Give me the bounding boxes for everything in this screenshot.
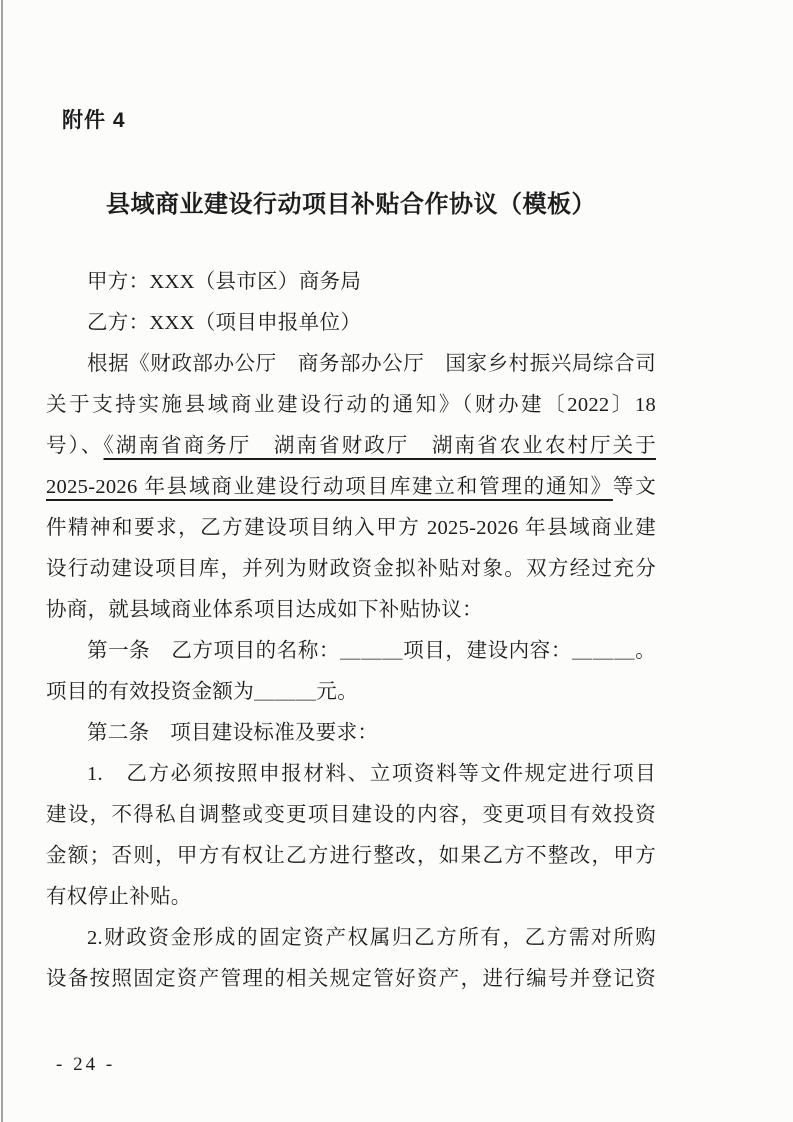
document-line: 建设，不得私自调整或变更项目建设的内容，变更项目有效投资 xyxy=(46,795,656,836)
text-segment: 件精神和要求，乙方建设项目纳入甲方 2025-2026 年县域商业建 xyxy=(46,517,656,539)
document-line: 乙方：XXX（项目申报单位） xyxy=(46,303,656,344)
attachment-label: 附件 4 xyxy=(62,104,126,134)
text-segment: 设行动建设项目库，并列为财政资金拟补贴对象。双方经过充分 xyxy=(46,558,656,580)
document-line: 项目的有效投资金额为＿＿＿元。 xyxy=(46,672,656,713)
document-line: 第一条 乙方项目的名称：＿＿＿项目，建设内容：＿＿＿。 xyxy=(46,631,656,672)
text-segment: 1. 乙方必须按照申报材料、立项资料等文件规定进行项目 xyxy=(87,763,656,785)
document-title: 县域商业建设行动项目补贴合作协议（模板） xyxy=(46,184,656,219)
page-number: - 24 - xyxy=(56,1054,115,1076)
text-segment: 号）、 xyxy=(46,435,104,457)
document-line: 有权停止补贴。 xyxy=(46,877,656,918)
document-line: 第二条 项目建设标准及要求： xyxy=(46,713,656,754)
text-segment: 设备按照固定资产管理的相关规定管好资产，进行编号并登记资 xyxy=(46,968,656,990)
underlined-text-segment: 2025-2026 年县域商业建设行动项目库建立和管理的通知》 xyxy=(46,476,613,498)
document-line: 设行动建设项目库，并列为财政资金拟补贴对象。双方经过充分 xyxy=(46,549,656,590)
document-body: 甲方：XXX（县市区）商务局乙方：XXX（项目申报单位）根据《财政部办公厅 商务… xyxy=(46,262,656,1000)
document-line: 协商，就县域商业体系项目达成如下补贴协议： xyxy=(46,590,656,631)
underlined-text-segment: 《湖南省商务厅 湖南省财政厅 湖南省农业农村厅关于 xyxy=(104,435,657,457)
text-segment: 关于支持实施县域商业建设行动的通知》（财办建〔2022〕18 xyxy=(46,394,656,416)
document-line: 根据《财政部办公厅 商务部办公厅 国家乡村振兴局综合司 xyxy=(46,344,656,385)
scanned-document-page: 附件 4 县域商业建设行动项目补贴合作协议（模板） 甲方：XXX（县市区）商务局… xyxy=(0,0,793,1122)
text-segment: 第二条 项目建设标准及要求： xyxy=(87,722,378,744)
text-segment: 项目的有效投资金额为＿＿＿元。 xyxy=(46,681,358,703)
text-segment: 有权停止补贴。 xyxy=(46,886,192,908)
text-segment: 金额；否则，甲方有权让乙方进行整改，如果乙方不整改，甲方 xyxy=(46,845,656,867)
text-segment: 协商，就县域商业体系项目达成如下补贴协议： xyxy=(46,599,483,621)
document-line: 金额；否则，甲方有权让乙方进行整改，如果乙方不整改，甲方 xyxy=(46,836,656,877)
text-segment: 第一条 乙方项目的名称：＿＿＿项目，建设内容：＿＿＿。 xyxy=(87,640,656,662)
document-line: 设备按照固定资产管理的相关规定管好资产，进行编号并登记资 xyxy=(46,959,656,1000)
document-line: 1. 乙方必须按照申报材料、立项资料等文件规定进行项目 xyxy=(46,754,656,795)
document-line: 2025-2026 年县域商业建设行动项目库建立和管理的通知》等文 xyxy=(46,467,656,508)
text-segment: 根据《财政部办公厅 商务部办公厅 国家乡村振兴局综合司 xyxy=(87,353,656,375)
document-line: 件精神和要求，乙方建设项目纳入甲方 2025-2026 年县域商业建 xyxy=(46,508,656,549)
text-segment: 甲方：XXX（县市区）商务局 xyxy=(87,271,361,293)
text-segment: 建设，不得私自调整或变更项目建设的内容，变更项目有效投资 xyxy=(46,804,656,826)
document-line: 关于支持实施县域商业建设行动的通知》（财办建〔2022〕18 xyxy=(46,385,656,426)
document-line: 甲方：XXX（县市区）商务局 xyxy=(46,262,656,303)
text-segment: 乙方：XXX（项目申报单位） xyxy=(87,312,361,334)
document-line: 2.财政资金形成的固定资产权属归乙方所有，乙方需对所购 xyxy=(46,918,656,959)
text-segment: 2.财政资金形成的固定资产权属归乙方所有，乙方需对所购 xyxy=(87,927,656,949)
document-line: 号）、《湖南省商务厅 湖南省财政厅 湖南省农业农村厅关于 xyxy=(46,426,656,467)
text-segment: 等文 xyxy=(613,476,656,498)
scan-edge-line xyxy=(1,0,3,1122)
